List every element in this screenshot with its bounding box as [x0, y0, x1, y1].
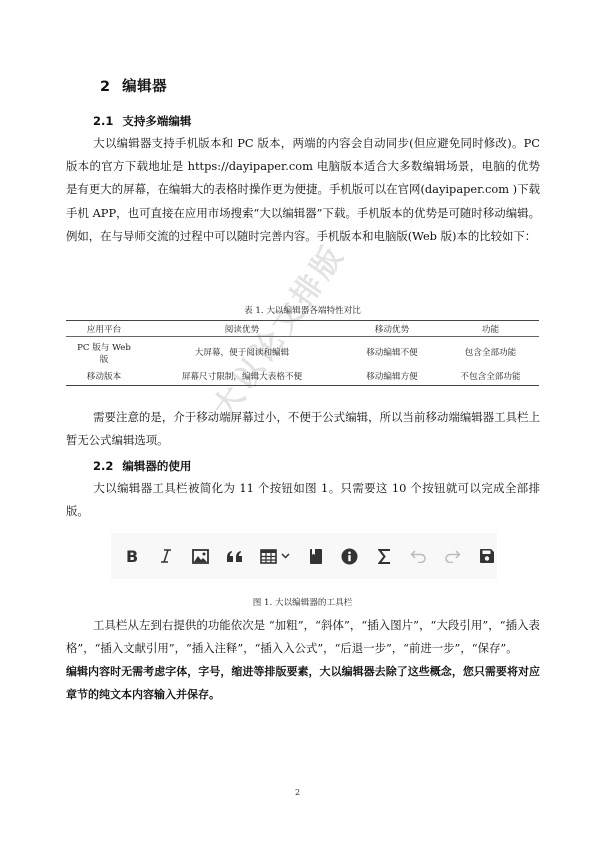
table-header: 阅读优势	[142, 321, 342, 337]
table-cell: 不包含全部功能	[442, 368, 539, 386]
paragraph-text: 大以编辑器工具栏被简化为 11 个按钮如图 1。只需要这 10 个按钮就可以完成…	[66, 481, 540, 518]
table-cell: 移动编辑方便	[342, 368, 442, 386]
image-icon	[192, 549, 209, 564]
table-cell: 移动编辑不便	[342, 337, 442, 369]
save-icon	[479, 548, 495, 564]
save-button[interactable]	[477, 544, 497, 568]
redo-icon	[444, 550, 461, 563]
bold-icon: B	[125, 548, 139, 564]
svg-text:B: B	[126, 548, 138, 564]
italic-button[interactable]	[156, 544, 176, 568]
paragraph-editor-usage: 大以编辑器工具栏被简化为 11 个按钮如图 1。只需要这 10 个按钮就可以完成…	[66, 477, 540, 523]
subsection-title: 支持多端编辑	[122, 114, 191, 128]
insert-image-button[interactable]	[191, 544, 211, 568]
paragraph-text: 需要注意的是，介于移动端屏幕过小，不便于公式编辑，所以当前移动端编辑器工具栏上暂…	[66, 410, 540, 447]
insert-citation-button[interactable]	[305, 544, 325, 568]
section-heading: 2 编辑器	[100, 75, 167, 96]
undo-icon	[410, 550, 427, 563]
editor-toolbar-figure: B	[111, 533, 497, 579]
table-icon	[260, 549, 277, 564]
paragraph-bold-note: 编辑内容时无需考虑字体，字号，缩进等排版要素，大以编辑器去除了这些概念，您只需要…	[66, 660, 540, 706]
insert-annotation-button[interactable]	[340, 544, 360, 568]
chevron-down-icon	[281, 553, 290, 559]
paragraph-text: 大以编辑器支持手机版本和 PC 版本，两端的内容会自动同步(但应避免同时修改)。…	[66, 136, 540, 243]
subsection-number: 2.1	[93, 114, 113, 128]
figure-caption: 图 1. 大以编辑器的工具栏	[66, 596, 539, 608]
paragraph-text: 工具栏从左到右提供的功能依次是 “加粗”，“斜体”，“插入图片”，“大段引用”，…	[66, 618, 540, 655]
table-cell: 包含全部功能	[442, 337, 539, 369]
table-cell: 移动版本	[66, 368, 142, 386]
table-options-dropdown[interactable]	[280, 544, 291, 568]
subsection-number: 2.2	[93, 459, 113, 473]
italic-icon	[159, 548, 173, 564]
table-header: 移动优势	[342, 321, 442, 337]
table-header: 功能	[442, 321, 539, 337]
table-row: 移动版本 屏幕尺寸限制，编辑大表格不便 移动编辑方便 不包含全部功能	[66, 368, 539, 386]
bookmark-icon	[309, 548, 323, 565]
page-number: 2	[0, 788, 595, 797]
table-cell: 大屏幕，便于阅读和编辑	[142, 337, 342, 369]
info-icon	[341, 548, 358, 565]
comparison-table: 应用平台 阅读优势 移动优势 功能 PC 版与 Web 版 大屏幕，便于阅读和编…	[66, 320, 539, 386]
table-header: 应用平台	[66, 321, 142, 337]
insert-formula-button[interactable]	[374, 544, 394, 568]
undo-button[interactable]	[408, 544, 428, 568]
paragraph-text: 编辑内容时无需考虑字体，字号，缩进等排版要素，大以编辑器去除了这些概念，您只需要…	[66, 665, 540, 701]
subsection-heading-2-1: 2.1 支持多端编辑	[93, 113, 191, 129]
quote-icon	[226, 550, 243, 563]
paragraph-multi-device: 大以编辑器支持手机版本和 PC 版本，两端的内容会自动同步(但应避免同时修改)。…	[66, 132, 540, 248]
table-header-row: 应用平台 阅读优势 移动优势 功能	[66, 321, 539, 337]
redo-button[interactable]	[442, 544, 462, 568]
table-caption: 表 1. 大以编辑器各端特性对比	[66, 304, 539, 316]
paragraph-toolbar-description: 工具栏从左到右提供的功能依次是 “加粗”，“斜体”，“插入图片”，“大段引用”，…	[66, 614, 540, 660]
subsection-title: 编辑器的使用	[122, 459, 191, 473]
section-title: 编辑器	[122, 79, 167, 95]
insert-table-button[interactable]	[259, 544, 277, 568]
blockquote-button[interactable]	[225, 544, 245, 568]
section-number: 2	[100, 79, 111, 95]
sigma-icon	[378, 549, 391, 564]
table-row: PC 版与 Web 版 大屏幕，便于阅读和编辑 移动编辑不便 包含全部功能	[66, 337, 539, 369]
bold-button[interactable]: B	[122, 544, 142, 568]
paragraph-note: 需要注意的是，介于移动端屏幕过小，不便于公式编辑，所以当前移动端编辑器工具栏上暂…	[66, 406, 540, 452]
subsection-heading-2-2: 2.2 编辑器的使用	[93, 458, 191, 474]
table-cell: PC 版与 Web 版	[66, 337, 142, 369]
table-cell: 屏幕尺寸限制，编辑大表格不便	[142, 368, 342, 386]
